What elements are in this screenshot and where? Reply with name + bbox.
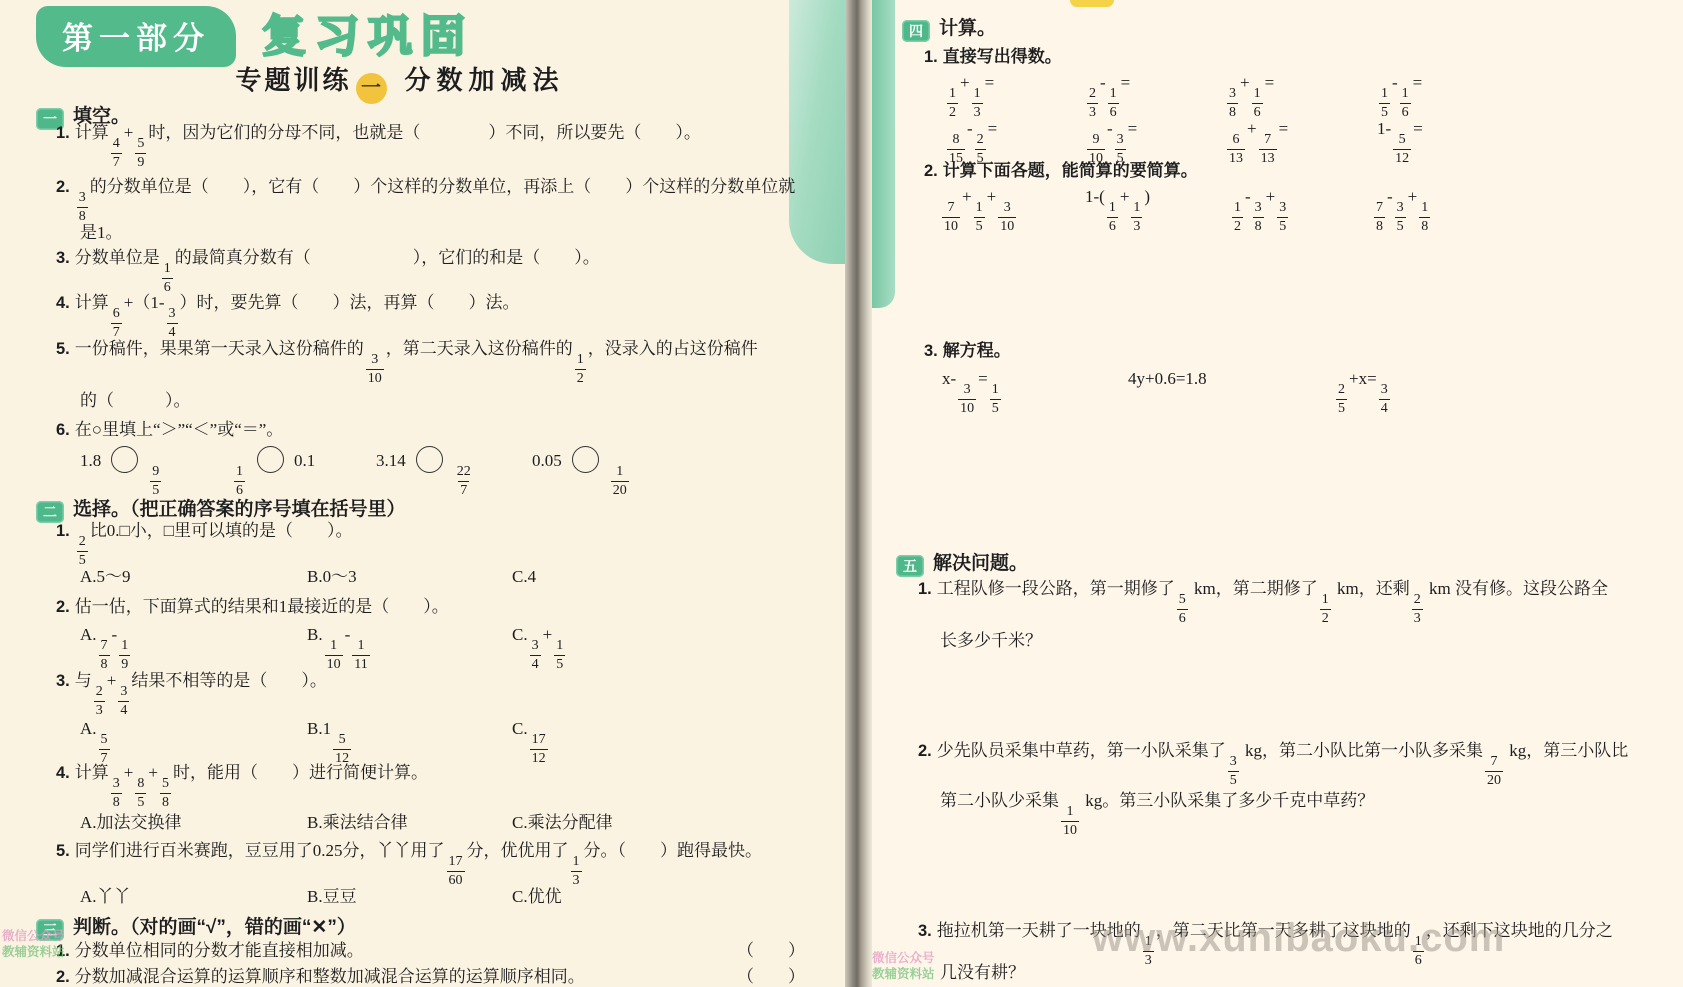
question-line: 3.分数单位是16的最简真分数有（ ），它们的和是（ ）。 [56,247,600,295]
circle-blank [257,446,284,473]
fraction: 713 [1259,133,1277,166]
fraction: 120 [611,465,629,498]
comparison-right: 0.1 [294,451,315,470]
book-spine [845,0,872,987]
option: A.丫丫 [80,886,131,907]
workbook-spread: 第一部分 复习巩固 专题训练一分数加减法 一填空。 1.计算47+59时，因为它… [0,0,1683,987]
question-line: 2.38的分数单位是（ ），它有（ ）个这样的分数单位，再添上（ ）个这样的分数… [56,176,795,224]
comparison-item: 160.1 [232,446,315,498]
question-text: 25比0.□小，□里可以填的是（ ）。 [75,521,353,540]
calc-expression: 78-35+18 [1372,186,1432,234]
fraction: 34 [1379,383,1390,416]
fraction: 720 [1485,755,1503,788]
part-badge: 第一部分 [36,6,236,67]
question-text: 38的分数单位是（ ），它有（ ）个这样的分数单位，再添上（ ）个这样的分数单位… [75,177,796,196]
problem-line-continued: 长多少千米？ [940,630,1042,651]
question-number: 5. [56,340,70,358]
section-label: 计算。 [939,18,996,39]
chapter-tab-right [872,0,895,308]
section-header-judge: 三判断。（对的画“√”，错的画“✕”） [36,912,356,941]
calc-expression: 15-16= [1377,72,1422,120]
question-text: 估一估，下面算式的结果和1最接近的是（ ）。 [75,597,449,616]
question-number: 3. [56,249,70,267]
equation: 25+x=34 [1334,368,1392,416]
lesson-title-prefix: 专题训练 [235,65,351,95]
fraction: 78 [1374,201,1385,234]
question-text: 与23+34结果不相等的是（ ）。 [75,671,327,690]
question-number: 2. [56,968,70,986]
calc-expression: 1-(16+13) [1085,186,1150,234]
fraction: 15 [990,383,1001,416]
comparison-item: 1.895 [80,446,163,498]
question-text: 分数单位是16的最简真分数有（ ），它们的和是（ ）。 [75,248,600,267]
lesson-number-badge: 一 [356,73,387,104]
fraction: 38 [1253,201,1264,234]
fraction: 35 [1395,201,1406,234]
question-number: 2. [56,598,70,616]
section-badge-5: 五 [896,555,924,577]
subitem-label: 3.解方程。 [924,340,1011,362]
watermark-site: www.xunibaoku.com [1092,916,1505,961]
cutoff-yellow-badge [1070,0,1114,7]
question-line-continued: 是1。 [80,222,123,243]
equation: 4y+0.6=1.8 [1128,368,1207,389]
circle-blank [416,446,443,473]
question-text: 的（ ）。 [80,391,191,410]
fraction: 15 [554,639,565,672]
option: B.乘法结合律 [307,812,408,833]
fraction: 13 [972,87,983,120]
option: A.5～9 [80,566,131,587]
problem-line-continued: 几没有耕？ [940,962,1025,983]
calc-expression: 613+713= [1225,118,1288,166]
calc-expression: 815-25= [945,118,997,166]
fraction: 16 [1108,87,1119,120]
fraction: 1712 [530,733,548,766]
comparison-item: 0.05120 [532,446,631,498]
option: C.4 [512,566,536,587]
fraction: 25 [1336,383,1347,416]
fraction: 35 [1228,755,1239,788]
fraction: 78 [99,639,110,672]
comparison-item: 3.14227 [376,446,475,498]
comparison-left: 1.8 [80,451,101,470]
calc-expression: 12+13= [945,72,994,120]
fraction: 16 [1107,201,1118,234]
question-text: 一份稿件，果果第一天录入这份稿件的310，第二天录入这份稿件的12，没录入的占这… [75,339,758,358]
question-line: 3.与23+34结果不相等的是（ ）。 [56,670,327,718]
calc-expression: 710+15+310 [940,186,1018,234]
fraction: 23 [1087,87,1098,120]
question-text: 是1。 [80,223,123,242]
fraction: 512 [1393,133,1411,166]
option: B.豆豆 [307,886,357,907]
option: A.加法交换律 [80,812,182,833]
calc-expression: 38+16= [1225,72,1274,120]
equation: x-310=15 [942,368,1003,416]
answer-paren: （ ） [737,966,805,987]
question-line: 2.分数加减混合运算的运算顺序和整数加减混合运算的运算顺序相同。 [56,966,585,987]
question-line: 5.同学们进行百米赛跑，豆豆用了0.25分，丫丫用了1760分，优优用了13分。… [56,840,762,888]
option: A.78-19 [80,624,132,672]
comparison-right: 95 [148,451,163,470]
fraction: 310 [998,201,1016,234]
fraction: 59 [135,137,146,170]
question-number: 2. [56,178,70,196]
watermark-wechat: 微信公众号教辅资料站 [872,950,935,983]
subitem-label: 2.计算下面各题，能简算的要简算。 [924,160,1198,182]
chapter-tab-left [789,0,845,264]
fraction: 15 [974,201,985,234]
question-number: 3. [56,672,70,690]
question-line: 2.估一估，下面算式的结果和1最接近的是（ ）。 [56,596,449,618]
fraction: 38 [77,191,88,224]
lesson-title-name: 分数加减法 [405,65,565,95]
question-text: 计算38+85+58时，能用（ ）进行简便计算。 [75,763,428,782]
comparison-left: 0.05 [532,451,562,470]
option: B.1512 [307,718,353,766]
fraction: 58 [160,777,171,810]
calc-expression: 910-35= [1085,118,1137,166]
fraction: 23 [94,685,105,718]
section-header-solve: 五解决问题。 [896,548,1028,577]
fraction: 16 [1400,87,1411,120]
fraction: 13 [571,855,582,888]
option: C.34+15 [512,624,567,672]
question-number: 1. [56,522,70,540]
fraction: 23 [1412,593,1423,626]
fraction: 12 [1320,593,1331,626]
question-line: 5.一份稿件，果果第一天录入这份稿件的310，第二天录入这份稿件的12，没录入的… [56,338,758,386]
comparison-right: 120 [609,451,631,470]
fraction: 13 [1131,201,1142,234]
circle-blank [111,446,138,473]
comparison-right: 227 [453,451,475,470]
lesson-title: 专题训练一分数加减法 [140,60,660,104]
fraction: 110 [1061,805,1079,838]
section-label: 选择。（把正确答案的序号填在括号里） [73,499,406,520]
question-text: 计算47+59时，因为它们的分母不同，也就是（ ）不同，所以要先（ ）。 [75,123,701,142]
question-line-continued: 的（ ）。 [80,390,191,411]
section-label: 判断。（对的画“√”，错的画“✕”） [73,917,356,938]
question-line: 6.在○里填上“＞”“＜”或“＝”。 [56,419,283,441]
calc-expression: 1-512= [1377,118,1423,166]
question-line: 1.计算47+59时，因为它们的分母不同，也就是（ ）不同，所以要先（ ）。 [56,122,701,170]
question-text: 同学们进行百米赛跑，豆豆用了0.25分，丫丫用了1760分，优优用了13分。（ … [75,841,762,860]
option: B.0～3 [307,566,357,587]
comparison-left: 16 [232,451,247,470]
fraction: 35 [1277,201,1288,234]
fraction: 67 [111,307,122,340]
answer-paren: （ ） [737,940,805,961]
option: A.57 [80,718,112,766]
calc-expression: 12-38+35 [1230,186,1290,234]
circle-blank [572,446,599,473]
section-label: 解决问题。 [933,553,1028,574]
fraction: 38 [1227,87,1238,120]
fraction: 47 [111,137,122,170]
fraction: 1760 [447,855,465,888]
fraction: 710 [942,201,960,234]
question-number: 5. [56,842,70,860]
option: C.1712 [512,718,550,766]
fraction: 19 [119,639,130,672]
question-number: 4. [56,764,70,782]
page-right: 四计算。 1.直接写出得数。 12+13= 23-16= 38+16= 15-1… [872,0,1683,987]
fraction: 613 [1227,133,1245,166]
fraction: 34 [167,307,178,340]
section-header-calc: 四计算。 [902,13,996,42]
fraction: 16 [1252,87,1263,120]
fraction: 110 [325,639,343,672]
question-number: 6. [56,421,70,439]
question-text: 在○里填上“＞”“＜”或“＝”。 [75,420,284,439]
fraction: 111 [352,639,369,672]
question-line: 1.25比0.□小，□里可以填的是（ ）。 [56,520,353,568]
problem-line: 1.工程队修一段公路，第一期修了56 km，第二期修了12 km，还剩23 km… [918,578,1608,626]
question-line: 4.计算38+85+58时，能用（ ）进行简便计算。 [56,762,428,810]
question-line: 4.计算67+（1-34）时，要先算（ ）法，再算（ ）法。 [56,292,520,340]
fraction: 85 [135,777,146,810]
question-text: 分数加减混合运算的运算顺序和整数加减混合运算的运算顺序相同。 [75,967,585,986]
fraction: 310 [958,383,976,416]
calc-expression: 23-16= [1085,72,1130,120]
fraction: 38 [111,777,122,810]
question-line: 1.分数单位相同的分数才能直接相加减。 [56,940,364,962]
fraction: 18 [1419,201,1430,234]
fraction: 25 [77,535,88,568]
subitem-label: 1.直接写出得数。 [924,46,1062,68]
fraction: 12 [947,87,958,120]
fraction: 12 [575,353,586,386]
option: C.优优 [512,886,562,907]
fraction: 34 [530,639,541,672]
option: C.乘法分配律 [512,812,613,833]
fraction: 12 [1232,201,1243,234]
section-badge-4: 四 [902,20,930,42]
question-number: 4. [56,294,70,312]
question-text: 分数单位相同的分数才能直接相加减。 [75,941,364,960]
fraction: 310 [366,353,384,386]
watermark-wechat: 微信公众号教辅资料站 [2,928,65,961]
page-left: 第一部分 复习巩固 专题训练一分数加减法 一填空。 1.计算47+59时，因为它… [0,0,845,987]
question-text: 计算67+（1-34）时，要先算（ ）法，再算（ ）法。 [75,293,520,312]
problem-line-continued: 第二小队少采集110 kg。第三小队采集了多少千克中草药？ [940,790,1374,838]
option: B.110-111 [307,624,372,672]
comparison-left: 3.14 [376,451,406,470]
problem-line: 2.少先队员采集中草药，第一小队采集了35 kg，第二小队比第一小队多采集720… [918,740,1628,788]
fraction: 227 [455,465,473,498]
section-header-choice: 二选择。（把正确答案的序号填在括号里） [36,494,406,523]
question-number: 1. [56,124,70,142]
fraction: 34 [118,685,129,718]
fraction: 56 [1177,593,1188,626]
fraction: 16 [162,262,173,295]
fraction: 15 [1379,87,1390,120]
part-title: 复习巩固 [262,0,474,64]
